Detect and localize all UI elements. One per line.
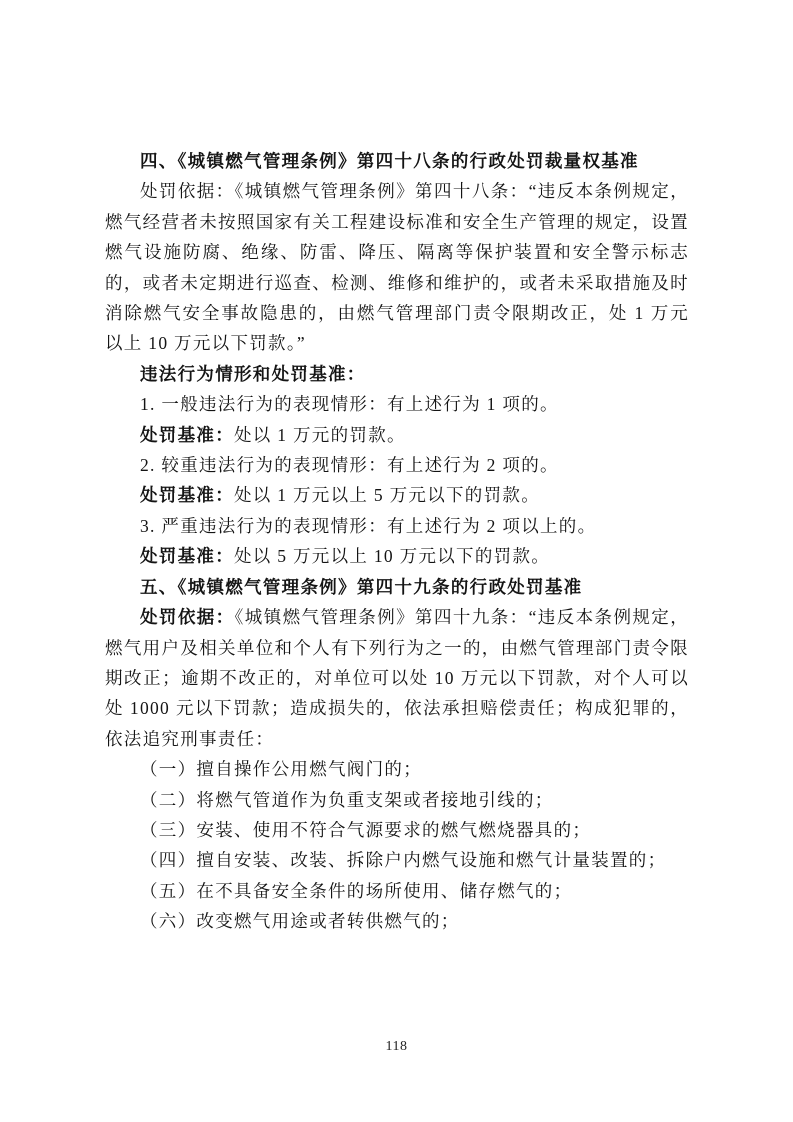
section-4-penalty-basis-paragraph: 处罚依据：《城镇燃气管理条例》第四十八条：“违反本条例规定，燃气经营者未按照国家… bbox=[105, 176, 689, 358]
section-4-item-1-situation: 1. 一般违法行为的表现情形：有上述行为 1 项的。 bbox=[105, 389, 689, 419]
section-5-heading: 五、《城镇燃气管理条例》第四十九条的行政处罚基准 bbox=[105, 572, 689, 602]
section-4-heading: 四、《城镇燃气管理条例》第四十八条的行政处罚裁量权基准 bbox=[105, 146, 689, 176]
section-5-violation-item-6: （六）改变燃气用途或者转供燃气的； bbox=[105, 906, 689, 936]
section-5-violation-item-3: （三）安装、使用不符合气源要求的燃气燃烧器具的； bbox=[105, 815, 689, 845]
section-4-item-3-penalty: 处罚基准：处以 5 万元以上 10 万元以下的罚款。 bbox=[105, 541, 689, 571]
section-4-item-3-penalty-text: 处以 5 万元以上 10 万元以下的罚款。 bbox=[234, 546, 550, 566]
section-4-item-2-penalty-text: 处以 1 万元以上 5 万元以下的罚款。 bbox=[234, 485, 540, 505]
section-4-penalty-basis-label: 处罚依据： bbox=[140, 181, 235, 201]
section-4-penalty-basis-text: 《城镇燃气管理条例》第四十八条：“违反本条例规定，燃气经营者未按照国家有关工程建… bbox=[105, 181, 689, 353]
section-4-item-3-penalty-label: 处罚基准： bbox=[140, 546, 234, 566]
document-page: 四、《城镇燃气管理条例》第四十八条的行政处罚裁量权基准 处罚依据：《城镇燃气管理… bbox=[0, 0, 793, 1122]
section-4-criteria-heading: 违法行为情形和处罚基准： bbox=[105, 359, 689, 389]
document-body: 四、《城镇燃气管理条例》第四十八条的行政处罚裁量权基准 处罚依据：《城镇燃气管理… bbox=[105, 146, 689, 937]
section-4-item-2-penalty: 处罚基准：处以 1 万元以上 5 万元以下的罚款。 bbox=[105, 480, 689, 510]
section-4-item-1-penalty-text: 处以 1 万元的罚款。 bbox=[234, 425, 406, 445]
section-5-penalty-basis-paragraph: 处罚依据：《城镇燃气管理条例》第四十九条：“违反本条例规定，燃气用户及相关单位和… bbox=[105, 602, 689, 754]
section-4-item-1-penalty: 处罚基准：处以 1 万元的罚款。 bbox=[105, 420, 689, 450]
section-5-violation-item-5: （五）在不具备安全条件的场所使用、储存燃气的； bbox=[105, 876, 689, 906]
section-5-penalty-basis-text: 《城镇燃气管理条例》第四十九条：“违反本条例规定，燃气用户及相关单位和个人有下列… bbox=[105, 607, 689, 749]
section-4-item-3-situation: 3. 严重违法行为的表现情形：有上述行为 2 项以上的。 bbox=[105, 511, 689, 541]
section-5-penalty-basis-label: 处罚依据： bbox=[140, 607, 235, 627]
section-5-violation-item-2: （二）将燃气管道作为负重支架或者接地引线的； bbox=[105, 785, 689, 815]
page-number: 118 bbox=[0, 1039, 793, 1055]
section-4-item-2-situation: 2. 较重违法行为的表现情形：有上述行为 2 项的。 bbox=[105, 450, 689, 480]
section-4-item-1-penalty-label: 处罚基准： bbox=[140, 425, 234, 445]
section-5-violation-item-4: （四）擅自安装、改装、拆除户内燃气设施和燃气计量装置的； bbox=[105, 845, 689, 875]
section-5-violation-item-1: （一）擅自操作公用燃气阀门的； bbox=[105, 754, 689, 784]
section-4-item-2-penalty-label: 处罚基准： bbox=[140, 485, 234, 505]
